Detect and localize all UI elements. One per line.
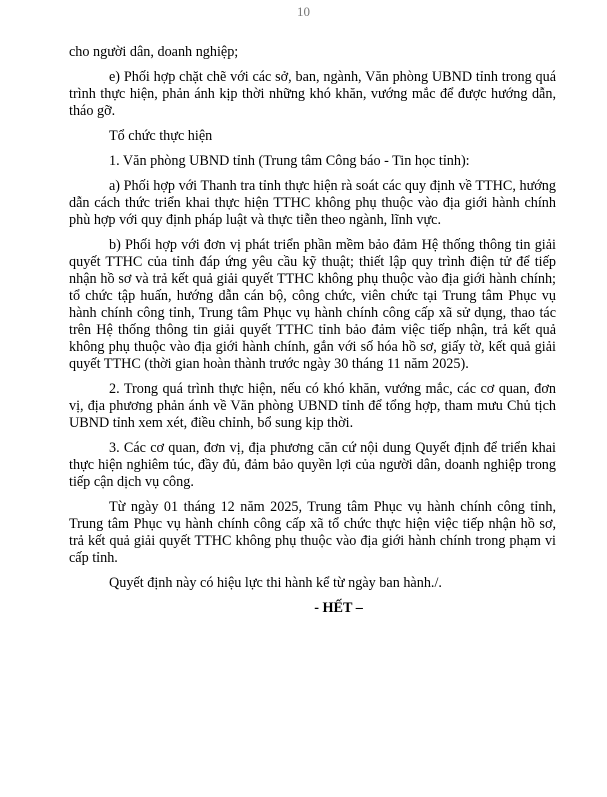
paragraph-item-2: 2. Trong quá trình thực hiện, nếu có khó… xyxy=(69,381,556,432)
section-heading: Tổ chức thực hiện xyxy=(69,128,556,145)
paragraph-enforcement: Quyết định này có hiệu lực thi hành kể t… xyxy=(69,575,556,592)
page-number: 10 xyxy=(0,4,607,20)
paragraph-item-a: a) Phối hợp với Thanh tra tỉnh thực hiện… xyxy=(69,178,556,229)
document-body: cho người dân, doanh nghiệp; e) Phối hợp… xyxy=(69,44,556,625)
paragraph-item-b: b) Phối hợp với đơn vị phát triển phần m… xyxy=(69,237,556,373)
paragraph-effective-date: Từ ngày 01 tháng 12 năm 2025, Trung tâm … xyxy=(69,499,556,567)
paragraph-item-1: 1. Văn phòng UBND tỉnh (Trung tâm Công b… xyxy=(69,153,556,170)
paragraph-continuation: cho người dân, doanh nghiệp; xyxy=(69,44,556,61)
paragraph-item-e: e) Phối hợp chặt chẽ với các sở, ban, ng… xyxy=(69,69,556,120)
paragraph-item-3: 3. Các cơ quan, đơn vị, địa phương căn c… xyxy=(69,440,556,491)
end-marker: - HẾT – xyxy=(69,600,556,617)
